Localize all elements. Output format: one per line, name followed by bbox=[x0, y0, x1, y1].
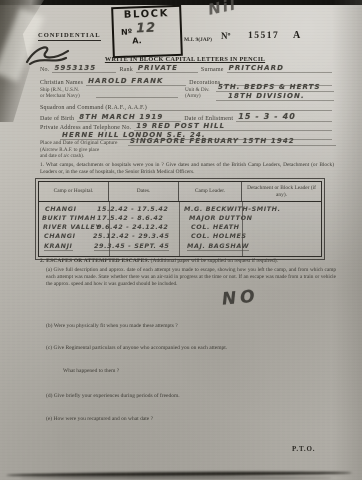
right-edge-shade bbox=[332, 0, 362, 480]
unit-field-line1: 5TH. BEDFS & HERTS bbox=[216, 83, 334, 92]
question-2-heading-note: (Additional paper will be supplied on re… bbox=[151, 258, 278, 264]
squadron-field bbox=[150, 102, 332, 111]
question-2c-text: (c) Give Regimental particulars of anyon… bbox=[46, 345, 326, 352]
col-camp-or-hospital: Camp or Hospital. bbox=[39, 182, 109, 201]
col-dates: Dates. bbox=[109, 182, 179, 201]
surname-label: Surname bbox=[201, 67, 224, 73]
file-no-symbol: Nº bbox=[221, 31, 230, 41]
question-2a-text: (a) Give full description and approx. da… bbox=[46, 267, 336, 288]
file-suffix: A bbox=[293, 30, 300, 41]
confidential-marking: CONFIDENTIAL bbox=[38, 32, 101, 41]
camps-table: Camp or Hospital. Dates. Camp Leader. De… bbox=[38, 181, 322, 257]
scan-bottom-edge-shadow bbox=[20, 477, 332, 479]
rank-label: Rank bbox=[119, 67, 132, 73]
rank-field: PRIVATE bbox=[136, 64, 198, 73]
ship-field bbox=[96, 97, 178, 98]
table-row: CHANGI 15.2.42 - 17.5.42 M.G. BECKWITH-S… bbox=[39, 205, 321, 214]
capture-note: (Aircrew R.A.F. to give placeand date of… bbox=[40, 148, 99, 160]
table-row: KRANJI 29.3.45 - SEPT. 45 MAJ. BAGSHAW bbox=[39, 242, 321, 251]
table-row: BUKIT TIMAH 17.5.42 - 8.6.42 MAJOR DUTTO… bbox=[39, 214, 321, 223]
unit-div-label: Unit & Div.(Army) bbox=[185, 87, 210, 99]
camps-table-header: Camp or Hospital. Dates. Camp Leader. De… bbox=[39, 182, 321, 202]
row-address: Private Address and Telephone No. 19 RED… bbox=[40, 122, 332, 131]
camps-table-body: CHANGI 15.2.42 - 17.5.42 M.G. BECKWITH-S… bbox=[39, 202, 321, 256]
ship-label: Ship (R.N., U.S.N.or Merchant Navy) bbox=[40, 87, 80, 99]
enlistment-field: 15 - 3 - 40 bbox=[236, 112, 332, 122]
pto-marking: P.T.O. bbox=[292, 445, 315, 453]
date-of-birth-field: 8TH MARCH 1919 bbox=[77, 113, 181, 122]
christian-names-label: Christian Names bbox=[40, 80, 83, 86]
row-squadron: Squadron and Command (R.A.F., A.A.F.) bbox=[40, 102, 332, 111]
no-escape-answer-handwritten: NO bbox=[221, 286, 259, 309]
pencil-instruction-heading: WRITE IN BLOCK CAPITAL LETTERS IN PENCIL bbox=[70, 56, 300, 63]
unit-field-line2: 18TH DIVISION. bbox=[216, 92, 334, 101]
question-2d-text: (d) Give briefly your experiences during… bbox=[46, 393, 326, 400]
service-number-field: 5953135 bbox=[52, 64, 116, 73]
squadron-label: Squadron and Command (R.A.F., A.A.F.) bbox=[40, 105, 147, 111]
question-1-text: 1. What camps, detachments or hospitals … bbox=[40, 162, 334, 176]
address-field-line1: 19 RED POST HILL bbox=[134, 122, 332, 131]
block-stamp: BLOCK Nº 12 A. bbox=[111, 5, 183, 58]
capture-label: Place and Date of Original Capture bbox=[40, 140, 117, 147]
row-birth-enlistment: Date of Birth 8TH MARCH 1919 Date of Enl… bbox=[40, 112, 332, 122]
col-camp-leader: Camp Leader. bbox=[179, 182, 242, 201]
question-2b-text: (b) Were you physically fit when you mad… bbox=[46, 323, 326, 330]
mi9-reference-label: M.I. 9(JAP) bbox=[184, 37, 212, 43]
christian-names-field: HAROLD FRANK bbox=[86, 77, 186, 86]
block-number-handwritten: 12 bbox=[136, 21, 157, 37]
question-2e-text: (e) How were you recaptured and on what … bbox=[46, 416, 326, 423]
table-row: CHANGI 25.12.42 - 29.3.45 COL. HOLMES bbox=[39, 232, 321, 241]
row-number-rank-surname: No. 5953135 Rank PRIVATE Surname PRITCHA… bbox=[40, 64, 332, 73]
block-stamp-no-symbol: Nº bbox=[121, 28, 133, 37]
file-number: 15517 bbox=[248, 31, 279, 41]
question-2c2-text: What happened to them ? bbox=[63, 368, 263, 375]
nil-pencil-scrawl: Nil bbox=[206, 0, 238, 19]
block-stamp-word: BLOCK bbox=[115, 8, 177, 21]
block-stamp-suffix: A. bbox=[132, 35, 178, 46]
surname-field: PRITCHARD bbox=[227, 64, 332, 73]
no-label: No. bbox=[40, 67, 49, 73]
question-2-heading-row: 2. ESCAPES OR ATTEMPTED ESCAPES. (Additi… bbox=[40, 258, 336, 264]
question-2-heading: 2. ESCAPES OR ATTEMPTED ESCAPES. bbox=[40, 258, 149, 264]
col-detachment-leader: Detachment or Block Leader (if any). bbox=[242, 182, 321, 201]
table-row: RIVER VALLEY 9.6.42 - 24.12.42 COL. HEAT… bbox=[39, 223, 321, 232]
capture-field: SINGAPORE FEBRUARY 15TH 1942 bbox=[128, 137, 336, 146]
scanned-pow-questionnaire: CONFIDENTIAL BLOCK Nº 12 A. Nil M.I. 9(J… bbox=[0, 0, 362, 480]
